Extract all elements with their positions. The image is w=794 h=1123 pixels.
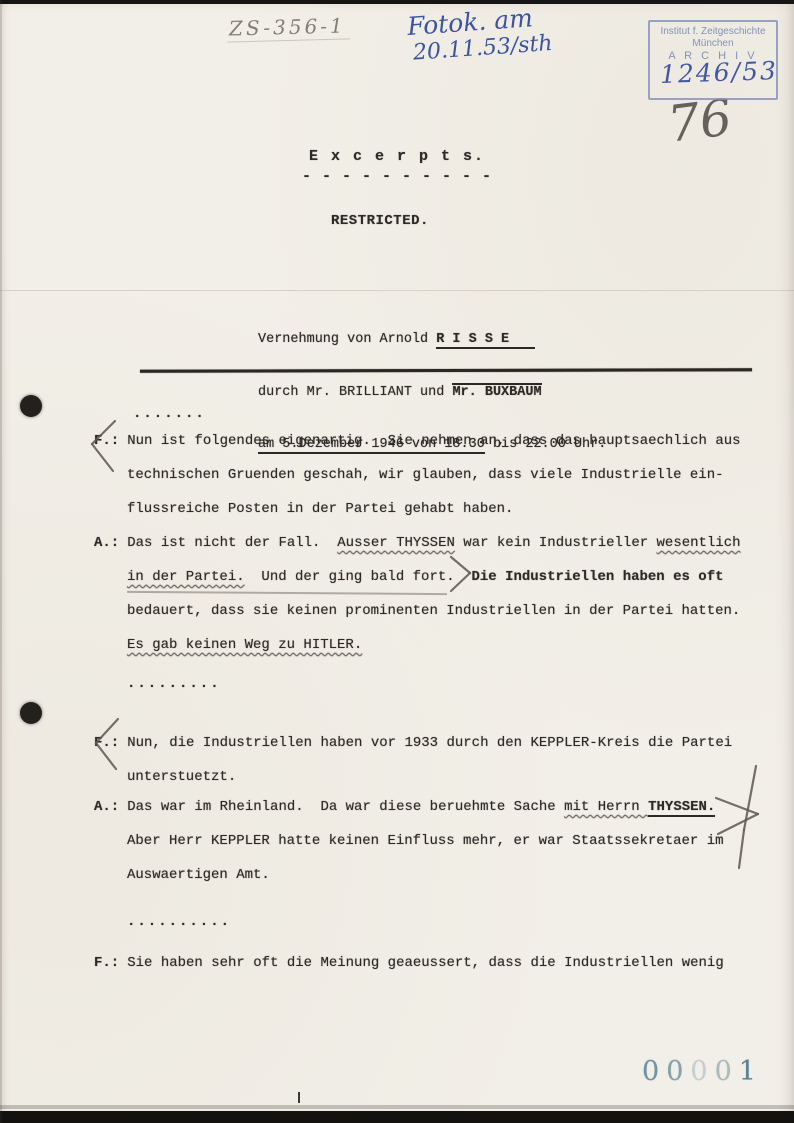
answer-text: Aber Herr KEPPLER hatte keinen Einfluss … (94, 824, 724, 858)
answer-block-2: A.:Das war im Rheinland. Da war diese be… (94, 790, 724, 892)
qa-line: A.:Das war im Rheinland. Da war diese be… (94, 790, 724, 824)
question-block-2: F.:Nun, die Industriellen haben vor 1933… (94, 726, 732, 794)
header-line1: Vernehmung von Arnold R I S S E (258, 331, 606, 349)
pencil-underlined-text: mit Herrn (564, 799, 648, 815)
title-underline-dashes: - - - - - - - - - - (0, 168, 794, 185)
underlined-name: THYSSEN. (648, 799, 715, 817)
pencil-underlined-text: wesentlich (657, 535, 741, 551)
archive-stamp: Institut f. Zeitgeschichte München A R C… (648, 20, 778, 100)
pencil-underlined-text: in der Partei. (127, 569, 245, 585)
stamp-digit: 1 (739, 1056, 763, 1087)
answer-text: Auswaertigen Amt. (94, 858, 724, 892)
scan-tick-mark (298, 1092, 300, 1103)
question-text: Nun, die Industriellen haben vor 1933 du… (127, 735, 732, 751)
answer-text: Das ist nicht der Fall. (127, 535, 337, 551)
answer-text: Das war im Rheinland. Da war diese berue… (127, 799, 564, 815)
scan-edge-top (0, 0, 794, 4)
archive-reference-handwriting: ZS-356-1 (227, 13, 350, 42)
question-block-1: F.:Nun ist folgendes eigenartig. Sie neh… (94, 424, 741, 526)
question-text: technischen Gruenden geschah, wir glaube… (94, 458, 741, 492)
document-page: ZS-356-1 Fotok. am 20.11.53/sth 76 Insti… (0, 0, 794, 1123)
pencil-margin-arrow-mark (712, 764, 784, 872)
answer-text: Und der ging bald fort. (245, 569, 472, 585)
qa-line: A.:Das ist nicht der Fall. Ausser THYSSE… (94, 526, 741, 560)
question-text: unterstuetzt. (94, 760, 732, 794)
stamp-institute: Institut f. Zeitgeschichte (650, 26, 776, 38)
page-counter-stamp: 00001 (642, 1056, 763, 1087)
stamp-digit: 0 (690, 1056, 714, 1087)
scan-smudge-bottom (0, 1105, 794, 1109)
header-line2-prefix: durch Mr. BRILLIANT und (258, 385, 452, 400)
question-label: F.: (94, 955, 119, 971)
header-line2: durch Mr. BRILLIANT und Mr. BUXBAUM (258, 384, 606, 402)
question-text: Sie haben sehr oft die Meinung geaeusser… (127, 955, 724, 971)
punch-hole-bottom (20, 702, 42, 724)
scan-edge-bottom (0, 1111, 794, 1123)
pencil-chevron-mark-2 (92, 716, 122, 772)
document-title: E x c e r p t s. (0, 148, 794, 165)
interrogator-name: Mr. BUXBAUM (452, 383, 541, 400)
qa-line: F.:Nun, die Industriellen haben vor 1933… (94, 726, 732, 760)
qa-line: F.:Sie haben sehr oft die Meinung geaeus… (94, 946, 724, 980)
interrogated-name: R I S S E (436, 332, 535, 349)
qa-line: in der Partei. Und der ging bald fort. D… (94, 560, 741, 594)
ellipsis-3: .......... (127, 914, 231, 930)
pencil-underlined-text: Es gab keinen Weg zu HITLER. (127, 637, 362, 653)
stamp-digit: 0 (666, 1056, 690, 1087)
stamp-digit: 0 (642, 1056, 666, 1087)
scan-line-artifact (0, 290, 794, 291)
answer-text: bedauert, dass sie keinen prominenten In… (94, 594, 741, 628)
stamp-city: München (650, 38, 776, 50)
pencil-underlined-text: Ausser THYSSEN (337, 535, 455, 551)
photocopy-note-handwriting: Fotok. am 20.11.53/sth (406, 3, 553, 67)
answer-label: A.: (94, 535, 119, 551)
punch-hole-top (20, 395, 42, 417)
question-text: flussreiche Posten in der Partei gehabt … (94, 492, 741, 526)
pencil-inline-caret-mark (448, 554, 474, 594)
ellipsis-2: ......... (127, 676, 221, 692)
answer-text: Die Industriellen haben es oft (471, 569, 723, 585)
header-line1-prefix: Vernehmung von Arnold (258, 332, 436, 347)
stamp-digit: 0 (715, 1056, 739, 1087)
ellipsis-1: ....... (133, 406, 206, 422)
question-text: Nun ist folgendes eigenartig. Sie nehmen… (127, 433, 740, 449)
answer-label: A.: (94, 799, 119, 815)
answer-text: war kein Industrieller (455, 535, 657, 551)
qa-line: F.:Nun ist folgendes eigenartig. Sie neh… (94, 424, 741, 458)
question-block-3: F.:Sie haben sehr oft die Meinung geaeus… (94, 946, 724, 980)
stamp-number-handwriting: 1246/53 (660, 56, 779, 89)
classification-marking: RESTRICTED. (331, 213, 429, 229)
pencil-chevron-mark-1 (88, 418, 118, 474)
